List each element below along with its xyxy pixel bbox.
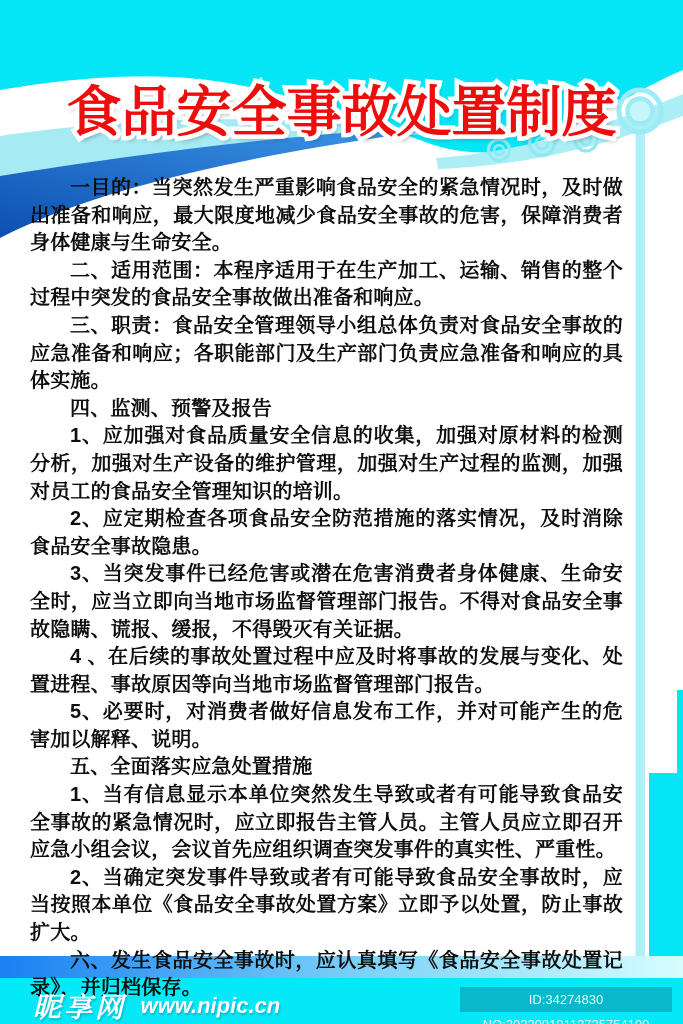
bottom-right-block [649, 773, 683, 957]
paragraph-measures-head: 五、全面落实应急处置措施 [30, 754, 623, 782]
food-safety-poster: 食品安全事故处置制度 食品安全事故处置制度 一目的：当突然发生严重影响食品安全的… [0, 0, 683, 1024]
paragraph-measures-2: 2、当确定突发事件导致或者有可能导致食品安全事故时，应当按照本单位《食品安全事故… [30, 865, 623, 948]
lollipop-ring-icon [619, 90, 661, 132]
paragraph-monitor-2: 2、应定期检查各项食品安全防范措施的落实情况，及时消除食品安全事故隐患。 [30, 506, 623, 561]
image-id-badge: ID:34274830 NO:20220919113725754100 [460, 987, 672, 1012]
paragraph-monitor-5: 5、必要时，对消费者做好信息发布工作，并对可能产生的危害加以解释、说明。 [30, 699, 623, 754]
paragraph-monitor-1: 1、应加强对食品质量安全信息的收集，加强对原材料的检测分析，加强对生产设备的维护… [30, 423, 623, 506]
policy-text: 一目的：当突然发生严重影响食品安全的紧急情况时，及时做出准备和响应，最大限度地减… [30, 175, 623, 1003]
right-edge-strip [677, 690, 683, 778]
nipic-logo: 昵享网 [33, 992, 126, 1023]
nipic-url: www.nipic.cn [140, 993, 280, 1018]
paragraph-scope: 二、适用范围：本程序适用于在生产加工、运输、销售的整个过程中突发的食品安全事故做… [30, 258, 623, 313]
paragraph-purpose: 一目的：当突然发生严重影响食品安全的紧急情况时，及时做出准备和响应，最大限度地减… [30, 175, 623, 258]
paragraph-monitor-head: 四、监测、预警及报告 [30, 396, 623, 424]
nipic-watermark: 昵享网 www.nipic.cn [33, 986, 280, 1024]
ornament-stem [636, 128, 646, 956]
paragraph-measures-1: 1、当有信息显示本单位突然发生导致或者有可能导致食品安全事故的紧急情况时，应立即… [30, 782, 623, 865]
paragraph-duty: 三、职责：食品安全管理领导小组总体负责对食品安全事故的应急准备和响应；各职能部门… [30, 313, 623, 396]
paragraph-monitor-4: 4 、在后续的事故处置过程中应及时将事故的发展与变化、处置进程、事故原因等向当地… [30, 644, 623, 699]
paragraph-monitor-3: 3、当突发事件已经危害或潜在危害消费者身体健康、生命安全时，应当立即向当地市场监… [30, 561, 623, 644]
